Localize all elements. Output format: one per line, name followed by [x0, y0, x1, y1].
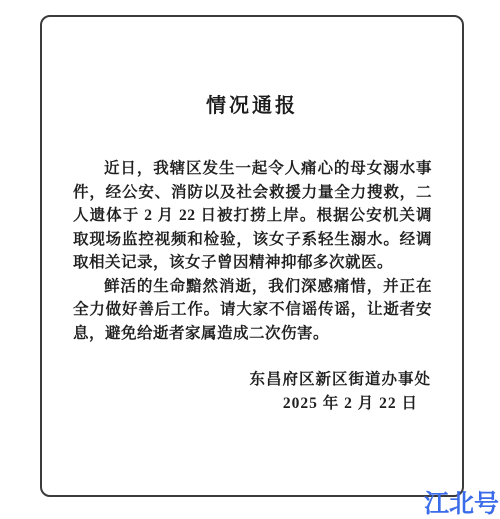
notice-page: 情况通报 近日，我辖区发生一起令人痛心的母女溺水事件，经公安、消防以及社会救援力… [0, 0, 500, 519]
notice-paper: 情况通报 近日，我辖区发生一起令人痛心的母女溺水事件，经公安、消防以及社会救援力… [40, 15, 464, 497]
notice-paragraph-1: 近日，我辖区发生一起令人痛心的母女溺水事件，经公安、消防以及社会救援力量全力搜救… [73, 157, 432, 275]
issue-date: 2025 年 2 月 22 日 [73, 392, 431, 416]
notice-paragraph-2: 鲜活的生命黯然消逝，我们深感痛惜，并正在全力做好善后工作。请大家不信谣传谣，让逝… [73, 275, 432, 346]
issuing-authority: 东昌府区新区街道办事处 [73, 368, 431, 392]
watermark-logo: 江北号 [424, 492, 499, 517]
signature-block: 东昌府区新区街道办事处 2025 年 2 月 22 日 [42, 368, 462, 416]
notice-body: 近日，我辖区发生一起令人痛心的母女溺水事件，经公安、消防以及社会救援力量全力搜救… [42, 157, 462, 345]
notice-title: 情况通报 [42, 89, 462, 118]
